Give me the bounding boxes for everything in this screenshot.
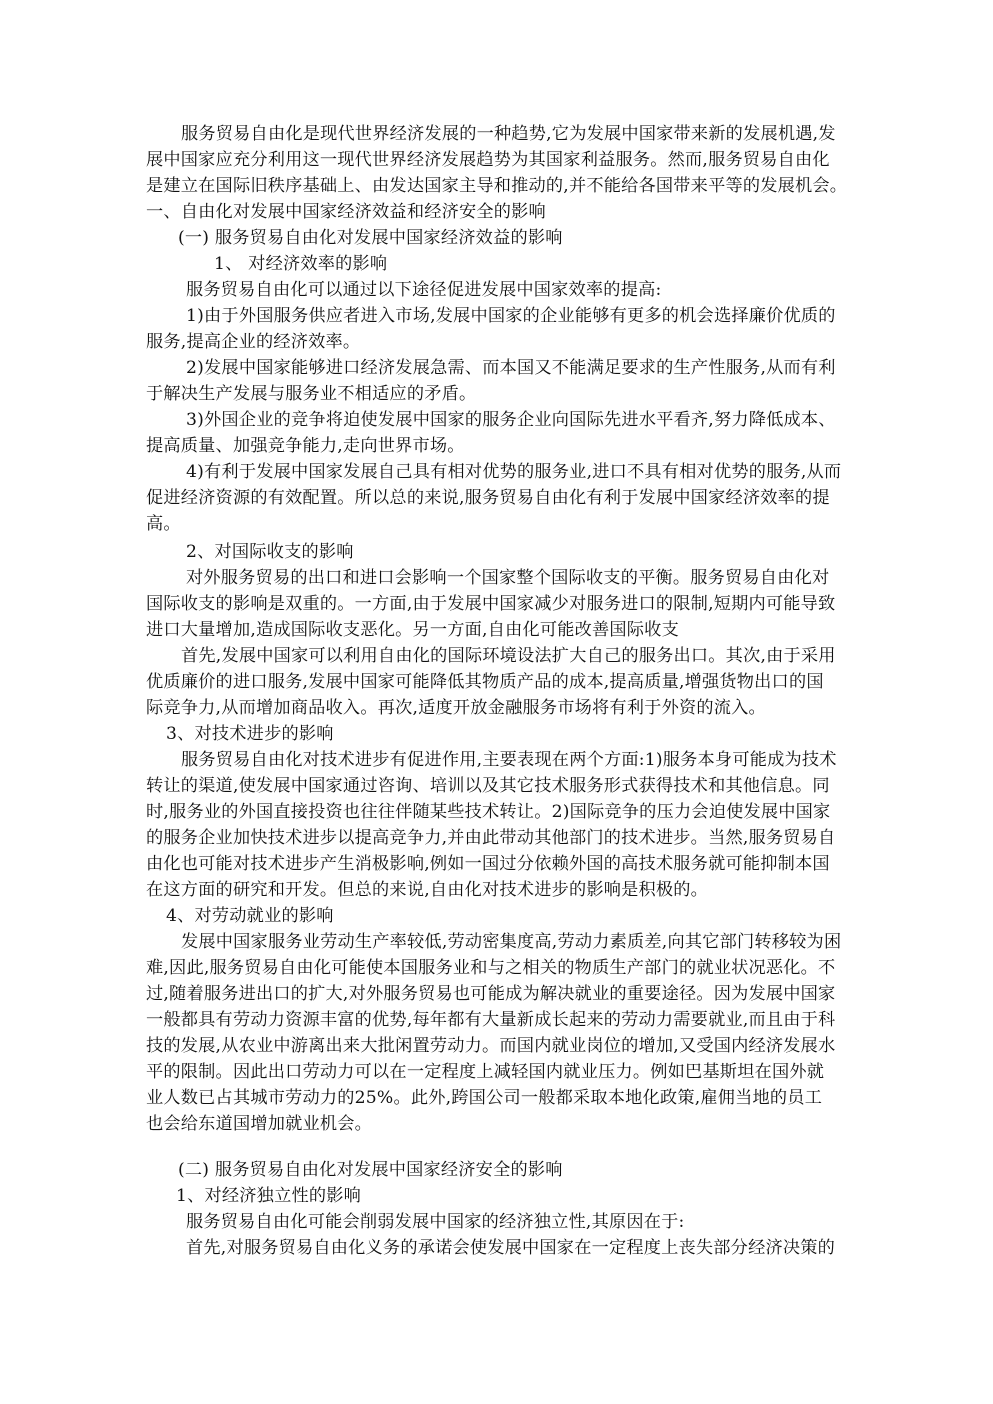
text-line: 一般都具有劳动力资源丰富的优势,每年都有大量新成长起来的劳动力需要就业,而且由于…	[146, 1007, 835, 1033]
text-line: 难,因此,服务贸易自由化可能使本国服务业和与之相关的物质生产部门的就业状况恶化。…	[146, 955, 835, 981]
text-line: 时,服务业的外国直接投资也往往伴随某些技术转让。2)国际竞争的压力会迫使发展中国…	[146, 799, 830, 825]
text-line: 服务,提高企业的经济效率。	[146, 329, 360, 355]
text-line: 4)有利于发展中国家发展自己具有相对优势的服务业,进口不具有相对优势的服务,从而	[186, 459, 841, 485]
text-line: 转让的渠道,使发展中国家通过咨询、培训以及其它技术服务形式获得技术和其他信息。同	[146, 773, 830, 799]
text-line: 促进经济资源的有效配置。所以总的来说,服务贸易自由化有利于发展中国家经济效率的提	[146, 485, 830, 511]
text-line: 际竞争力,从而增加商品收入。再次,适度开放金融服务市场将有利于外资的流入。	[146, 695, 766, 721]
text-line: 由化也可能对技术进步产生消极影响,例如一国过分依赖外国的高技术服务就可能抑制本国	[146, 851, 830, 877]
text-line: 1、 对经济效率的影响	[214, 251, 387, 277]
text-line: 提高质量、加强竞争能力,走向世界市场。	[146, 433, 465, 459]
text-line: 技的发展,从农业中游离出来大批闲置劳动力。而国内就业岗位的增加,又受国内经济发展…	[146, 1033, 835, 1059]
text-line: 3、对技术进步的影响	[166, 721, 334, 747]
text-line: 服务贸易自由化是现代世界经济发展的一种趋势,它为发展中国家带来新的发展机遇,发	[181, 121, 836, 147]
text-line: 平的限制。因此出口劳动力可以在一定程度上减轻国内就业压力。例如巴基斯坦在国外就	[146, 1059, 824, 1085]
text-line: 3)外国企业的竞争将迫使发展中国家的服务企业向国际先进水平看齐,努力降低成本、	[186, 407, 836, 433]
text-line: 于解决生产发展与服务业不相适应的矛盾。	[146, 381, 476, 407]
text-line: 2、对国际收支的影响	[186, 539, 354, 565]
text-line: 1、对经济独立性的影响	[176, 1183, 361, 1209]
text-line: 服务贸易自由化可能会削弱发展中国家的经济独立性,其原因在于:	[186, 1209, 685, 1235]
text-line: 1)由于外国服务供应者进入市场,发展中国家的企业能够有更多的机会选择廉价优质的	[186, 303, 836, 329]
text-line: 服务贸易自由化可以通过以下途径促进发展中国家效率的提高:	[186, 277, 661, 303]
text-line: 国际收支的影响是双重的。一方面,由于发展中国家减少对服务进口的限制,短期内可能导…	[146, 591, 835, 617]
text-line: 首先,对服务贸易自由化义务的承诺会使发展中国家在一定程度上丧失部分经济决策的	[186, 1235, 835, 1261]
text-line: 2)发展中国家能够进口经济发展急需、而本国又不能满足要求的生产性服务,从而有利	[186, 355, 836, 381]
text-line: 在这方面的研究和开发。但总的来说,自由化对技术进步的影响是积极的。	[146, 877, 708, 903]
text-line: 也会给东道国增加就业机会。	[146, 1111, 372, 1137]
text-line: (一) 服务贸易自由化对发展中国家经济效益的影响	[178, 225, 563, 251]
text-line: 高。	[146, 511, 181, 537]
text-line: 服务贸易自由化对技术进步有促进作用,主要表现在两个方面:1)服务本身可能成为技术	[181, 747, 837, 773]
text-line: 对外服务贸易的出口和进口会影响一个国家整个国际收支的平衡。服务贸易自由化对	[186, 565, 829, 591]
text-line: 是建立在国际旧秩序基础上、由发达国家主导和推动的,并不能给各国带来平等的发展机会…	[146, 173, 847, 199]
text-line: 的服务企业加快技术进步以提高竞争力,并由此带动其他部门的技术进步。当然,服务贸易…	[146, 825, 835, 851]
text-line: 首先,发展中国家可以利用自由化的国际环境设法扩大自己的服务出口。其次,由于采用	[181, 643, 836, 669]
text-line: 优质廉价的进口服务,发展中国家可能降低其物质产品的成本,提高质量,增强货物出口的…	[146, 669, 824, 695]
text-line: 展中国家应充分利用这一现代世界经济发展趋势为其国家利益服务。然而,服务贸易自由化	[146, 147, 830, 173]
text-line: 业人数已占其城市劳动力的25%。此外,跨国公司一般都采取本地化政策,雇佣当地的员…	[146, 1085, 822, 1111]
text-line: 进口大量增加,造成国际收支恶化。另一方面,自由化可能改善国际收支	[146, 617, 679, 643]
text-line: 一、自由化对发展中国家经济效益和经济安全的影响	[146, 199, 546, 225]
text-line: 发展中国家服务业劳动生产率较低,劳动密集度高,劳动力素质差,向其它部门转移较为困	[181, 929, 841, 955]
text-line: (二) 服务贸易自由化对发展中国家经济安全的影响	[178, 1157, 563, 1183]
text-line: 过,随着服务进出口的扩大,对外服务贸易也可能成为解决就业的重要途径。因为发展中国…	[146, 981, 835, 1007]
text-line: 4、对劳动就业的影响	[166, 903, 334, 929]
document-page: 服务贸易自由化是现代世界经济发展的一种趋势,它为发展中国家带来新的发展机遇,发展…	[0, 0, 993, 1404]
